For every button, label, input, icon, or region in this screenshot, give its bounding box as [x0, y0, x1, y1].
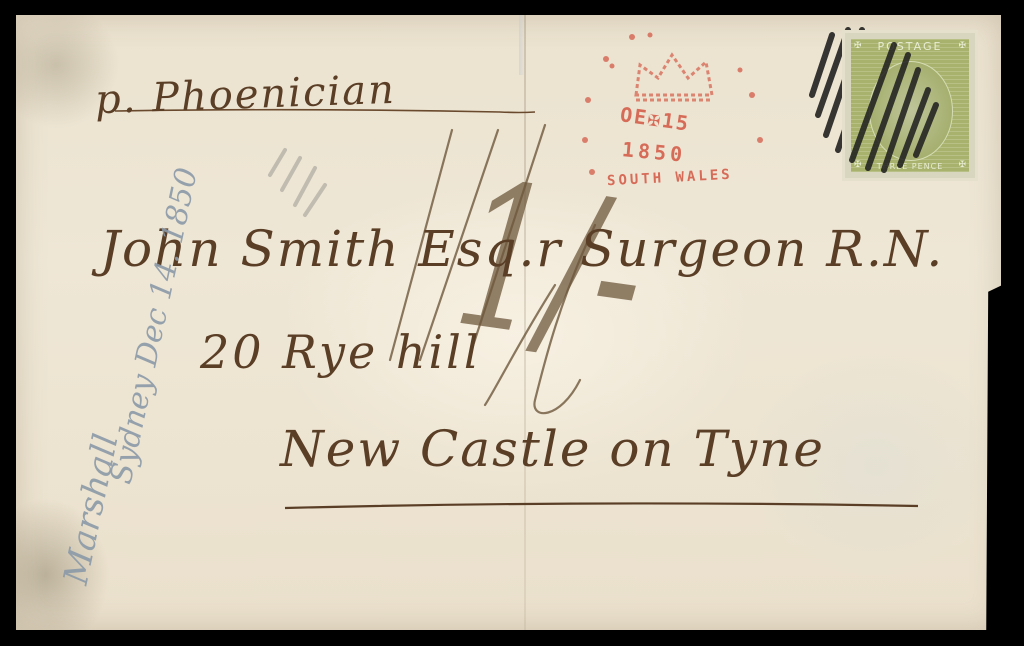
address-line-2: 20 Rye hill: [200, 325, 482, 379]
address-line-3: New Castle on Tyne: [280, 420, 825, 478]
address-line-1: John Smith Esq.r Surgeon R.N.: [100, 220, 944, 278]
